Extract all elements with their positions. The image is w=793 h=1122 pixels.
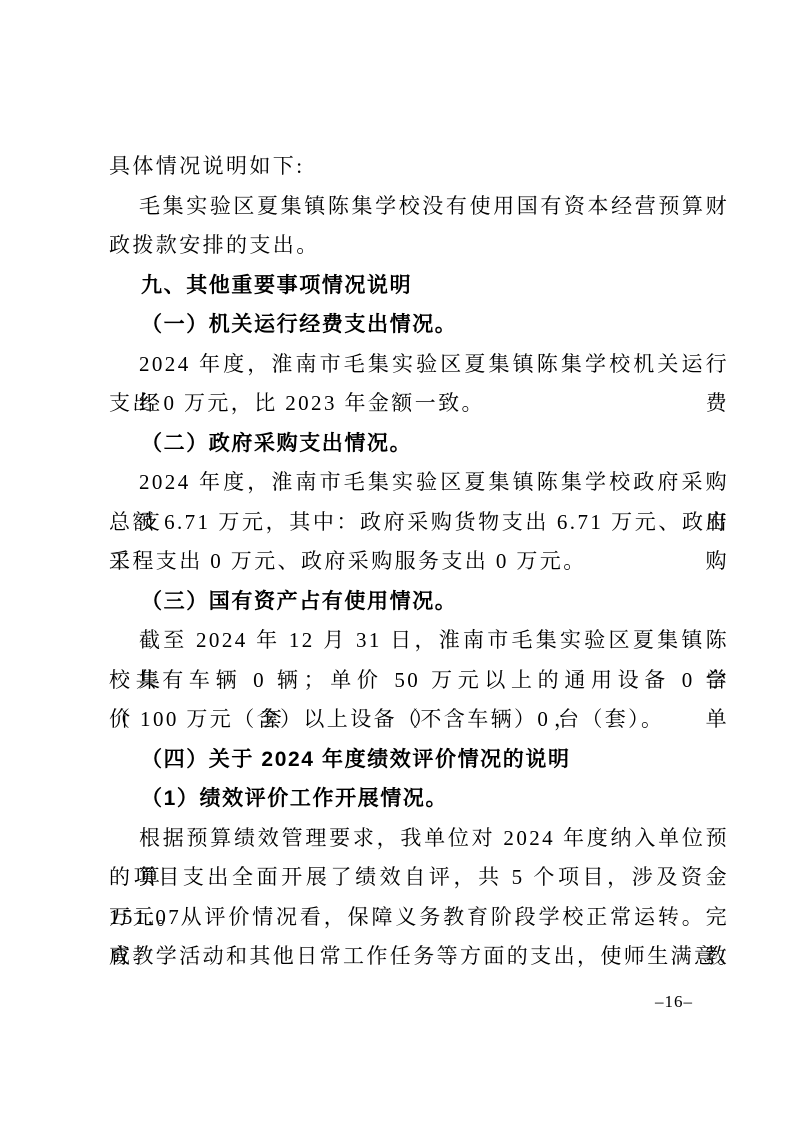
document-text-block: 具体情况说明如下: 毛集实验区夏集镇陈集学校没有使用国有资本经营预算财 政拨款安… [109, 147, 729, 977]
paragraph-line: 2024 年度，淮南市毛集实验区夏集镇陈集学校机关运行经费 [109, 345, 729, 385]
paragraph-line: 2024 年度，淮南市毛集实验区夏集镇陈集学校政府采购支出 [109, 463, 729, 503]
paragraph-line: 校共有车辆 0 辆；单价 50 万元以上的通用设备 0 台（套），单 [109, 661, 729, 701]
paragraph-line: 截至 2024 年 12 月 31 日，淮南市毛集实验区夏集镇陈集学 [109, 621, 729, 661]
heading-subsection-one: （一）机关运行经费支出情况。 [109, 305, 729, 345]
paragraph-line: 育教学活动和其他日常工作任务等方面的支出，使师生满意。 [109, 937, 729, 977]
heading-subsection-two: （二）政府采购支出情况。 [109, 424, 729, 464]
paragraph-line: 总额 6.71 万元，其中：政府采购货物支出 6.71 万元、政府采购 [109, 503, 729, 543]
paragraph-line: 毛集实验区夏集镇陈集学校没有使用国有资本经营预算财 [109, 187, 729, 227]
paragraph-continuation-line: 具体情况说明如下: [109, 147, 729, 187]
heading-item-one: （1）绩效评价工作开展情况。 [109, 779, 729, 819]
document-page: 具体情况说明如下: 毛集实验区夏集镇陈集学校没有使用国有资本经营预算财 政拨款安… [0, 0, 793, 1122]
paragraph-line: 政拨款安排的支出。 [109, 226, 729, 266]
heading-subsection-four: （四）关于 2024 年度绩效评价情况的说明 [109, 740, 729, 780]
paragraph-line: 万元。从评价情况看，保障义务教育阶段学校正常运转。完成教 [109, 898, 729, 938]
paragraph-line: 的项目支出全面开展了绩效自评，共 5 个项目，涉及资金 151.07 [109, 858, 729, 898]
page-number: –16– [655, 992, 693, 1012]
heading-subsection-three: （三）国有资产占有使用情况。 [109, 582, 729, 622]
paragraph-line: 价 100 万元（含）以上设备（不含车辆）0 台（套）。 [109, 700, 729, 740]
heading-section-nine: 九、其他重要事项情况说明 [109, 266, 729, 306]
paragraph-line: 根据预算绩效管理要求，我单位对 2024 年度纳入单位预算 [109, 819, 729, 859]
